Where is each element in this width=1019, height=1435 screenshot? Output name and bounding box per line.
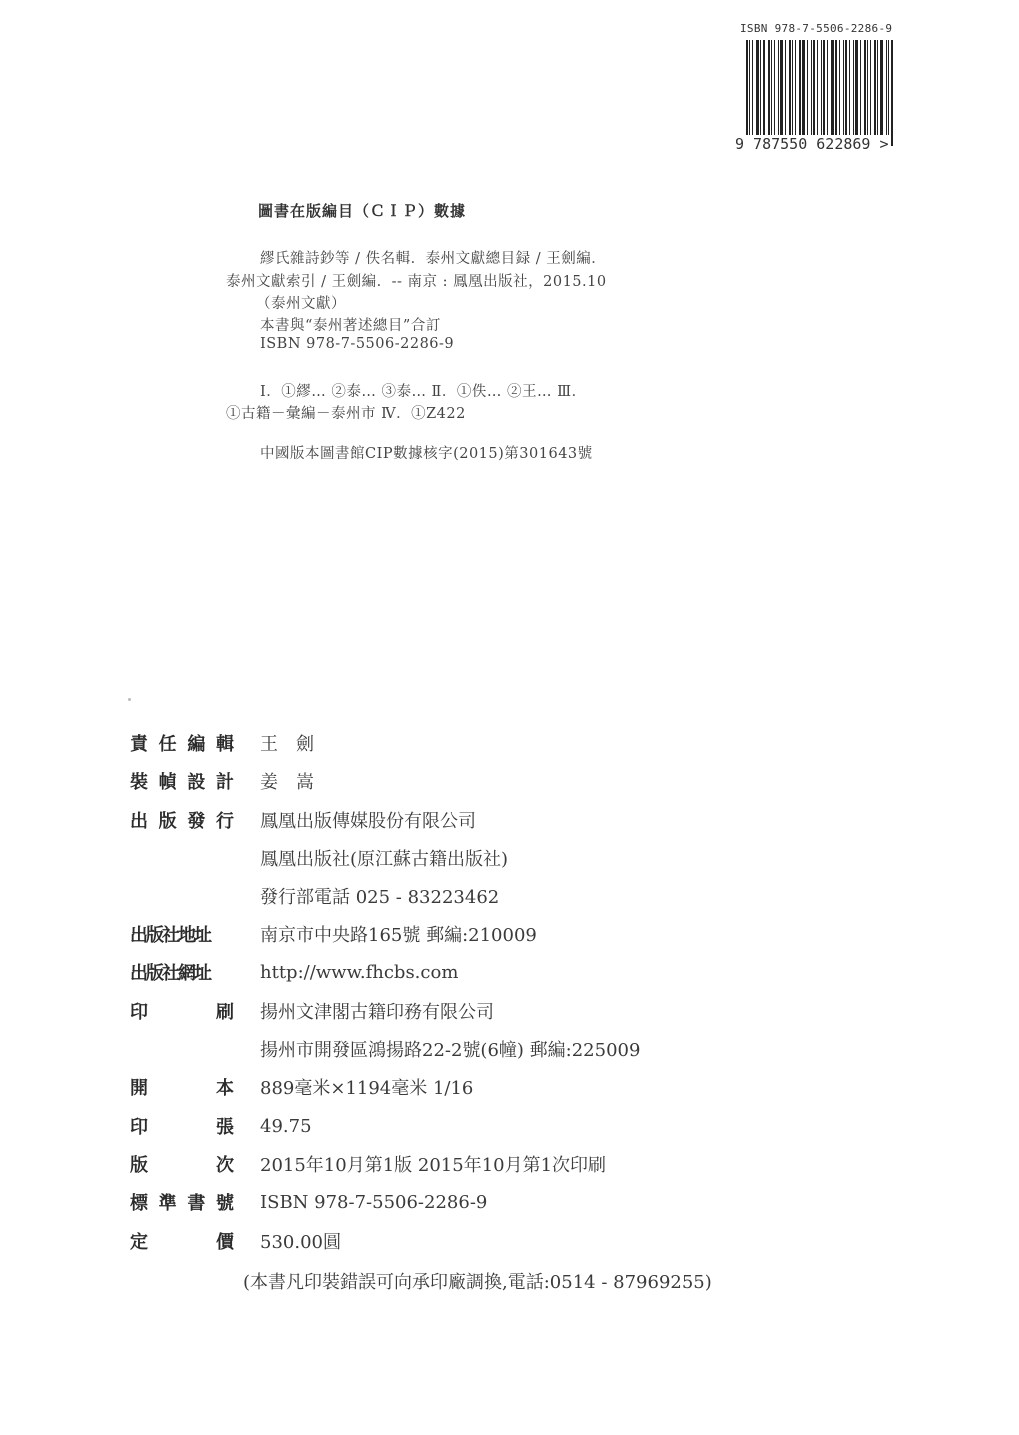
imprint-row: 責任編輯王 劍 <box>130 728 234 758</box>
imprint-label: 出版社地址 <box>130 921 234 947</box>
barcode-bar <box>827 40 828 138</box>
barcode-bar <box>792 40 793 138</box>
imprint-row: 發行部電話 025 - 83223462 <box>130 881 234 911</box>
barcode-bar <box>860 40 861 138</box>
imprint-row: 開本889毫米×1194毫米 1/16 <box>130 1072 234 1102</box>
imprint-row: 出版社地址南京市中央路165號 郵編:210009 <box>130 919 234 949</box>
imprint-label-char: 準 <box>159 1189 177 1215</box>
barcode-bar <box>807 40 808 138</box>
imprint-label-char: 輯 <box>216 730 234 756</box>
barcode-bar <box>813 40 815 138</box>
barcode-bar <box>855 40 858 138</box>
imprint-row: 印張49.75 <box>130 1111 234 1141</box>
imprint-label-char: 出 <box>130 807 148 833</box>
barcode-bar <box>839 40 840 138</box>
barcode-bar <box>886 40 887 138</box>
barcode-bar <box>843 40 844 138</box>
imprint-label: 出版社網址 <box>130 959 234 985</box>
imprint-label: 印張 <box>130 1113 234 1139</box>
barcode-bar <box>802 40 805 138</box>
isbn-barcode: ISBN 978-7-5506-2286-9 9 787550 622869 > <box>736 22 906 152</box>
imprint-label-char: 刷 <box>216 998 234 1024</box>
imprint-label-char: 發 <box>187 807 205 833</box>
barcode-bar <box>752 40 753 138</box>
imprint-row: 出版社網址http://www.fhcbs.com <box>130 957 234 987</box>
imprint-label-char: 號 <box>216 1189 234 1215</box>
imprint-label-char: 本 <box>216 1074 234 1100</box>
imprint-value: ISBN 978-7-5506-2286-9 <box>260 1192 487 1213</box>
imprint-label: 出版發行 <box>130 807 234 833</box>
imprint-label: 裝幀設計 <box>130 768 234 794</box>
imprint-label-char: 書 <box>187 1189 205 1215</box>
cip-line-5: ISBN 978-7-5506-2286-9 <box>260 336 454 352</box>
imprint-value: 鳳凰出版社(原江蘇古籍出版社) <box>260 845 508 871</box>
imprint-label-char: 幀 <box>159 768 177 794</box>
barcode-bar <box>849 40 850 138</box>
imprint-label: 責任編輯 <box>130 730 234 756</box>
barcode-bar <box>845 40 847 138</box>
barcode-isbn-label: ISBN 978-7-5506-2286-9 <box>740 22 892 35</box>
cip-title: 圖書在版編目（ＣＩＰ）數據 <box>258 200 466 221</box>
imprint-label-char: 計 <box>216 768 234 794</box>
imprint-label-char: 版 <box>159 807 177 833</box>
barcode-bar <box>756 40 759 138</box>
imprint-value: 889毫米×1194毫米 1/16 <box>260 1074 473 1100</box>
barcode-bar <box>760 40 761 138</box>
barcode-bar <box>749 40 750 146</box>
imprint-value: 姜 嵩 <box>260 768 314 794</box>
imprint-label-char: 張 <box>216 1113 234 1139</box>
imprint-label-char: 印 <box>130 998 148 1024</box>
barcode-bar <box>888 40 889 146</box>
imprint-value: 49.75 <box>260 1116 312 1137</box>
imprint-row: 鳳凰出版社(原江蘇古籍出版社) <box>130 843 234 873</box>
barcode-bar <box>795 40 796 138</box>
imprint-label: 開本 <box>130 1074 234 1100</box>
barcode-bar <box>785 40 786 138</box>
barcode-bar <box>774 40 775 138</box>
barcode-bar <box>823 40 825 138</box>
cip-line-3: （泰州文獻） <box>256 292 346 313</box>
imprint-value: 2015年10月第1版 2015年10月第1次印刷 <box>260 1151 606 1177</box>
barcode-bar <box>780 40 783 138</box>
barcode-bar <box>799 40 801 138</box>
imprint-row: 揚州市開發區鴻揚路22-2號(6幢) 郵編:225009 <box>130 1034 234 1064</box>
barcode-digits: 9 787550 622869 > <box>734 135 890 153</box>
barcode-bar <box>874 40 876 138</box>
imprint-value: 發行部電話 025 - 83223462 <box>260 883 499 909</box>
imprint-label-char: 價 <box>216 1228 234 1254</box>
barcode-bars <box>746 40 896 142</box>
imprint-row: 印刷揚州文津閣古籍印務有限公司 <box>130 996 234 1026</box>
imprint-row: 標準書號ISBN 978-7-5506-2286-9 <box>130 1187 234 1217</box>
barcode-bar <box>853 40 854 138</box>
imprint-label: 標準書號 <box>130 1189 234 1215</box>
barcode-digits-text: 9 787550 622869 > <box>734 135 890 153</box>
barcode-bar <box>880 40 883 138</box>
imprint-label-char: 責 <box>130 730 148 756</box>
cip-number: 中國版本圖書館CIP數據核字(2015)第301643號 <box>260 442 593 463</box>
cip-classification-2: ①古籍－彙編－泰州市 Ⅳ．①Z422 <box>226 402 466 423</box>
imprint-label-char: 印 <box>130 1113 148 1139</box>
imprint-label: 印刷 <box>130 998 234 1024</box>
imprint-label-char: 設 <box>187 768 205 794</box>
barcode-bar <box>821 40 822 146</box>
barcode-bar <box>778 40 779 138</box>
barcode-bar <box>763 40 765 138</box>
imprint-row: 裝幀設計姜 嵩 <box>130 766 234 796</box>
imprint-label-char: 行 <box>216 807 234 833</box>
imprint-label-char: 編 <box>187 730 205 756</box>
imprint-row: 出版發行鳳凰出版傳媒股份有限公司 <box>130 805 234 835</box>
scan-speck <box>128 698 131 701</box>
barcode-bar <box>817 40 818 146</box>
imprint-value: 鳳凰出版傳媒股份有限公司 <box>260 807 476 833</box>
barcode-bar <box>891 40 893 146</box>
imprint-value: 王 劍 <box>260 730 314 756</box>
barcode-bar <box>867 40 868 138</box>
imprint-value: 揚州市開發區鴻揚路22-2號(6幢) 郵編:225009 <box>260 1036 640 1062</box>
imprint-label-char: 任 <box>159 730 177 756</box>
imprint-label-char: 開 <box>130 1074 148 1100</box>
cip-line-1: 繆氏雜詩鈔等 / 佚名輯．泰州文獻總目録 / 王劍編． <box>260 247 606 268</box>
imprint-value: 530.00圓 <box>260 1228 341 1254</box>
imprint-label-char: 出版社網址 <box>130 959 210 985</box>
imprint-label-char: 定 <box>130 1228 148 1254</box>
imprint-label-char: 版 <box>130 1151 148 1177</box>
cip-line-4: 本書與“泰州著述總目”合訂 <box>260 314 441 335</box>
imprint-label: 版次 <box>130 1151 234 1177</box>
barcode-bar <box>864 40 866 138</box>
imprint-label: 定價 <box>130 1228 234 1254</box>
barcode-bar <box>811 40 812 138</box>
barcode-bar <box>835 40 837 138</box>
imprint-label-char: 裝 <box>130 768 148 794</box>
imprint-label-char: 次 <box>216 1151 234 1177</box>
cip-line-2: 泰州文獻索引 / 王劍編．-- 南京 : 鳳凰出版社，2015.10 <box>226 270 607 291</box>
barcode-bar <box>831 40 834 138</box>
imprint-label-char: 出版社地址 <box>130 921 210 947</box>
cip-classification-1: Ⅰ．①繆… ②泰… ③泰… Ⅱ．①佚… ②王… Ⅲ． <box>260 380 587 401</box>
imprint-value: 揚州文津閣古籍印務有限公司 <box>260 998 494 1024</box>
imprint-value: 南京市中央路165號 郵編:210009 <box>260 921 537 947</box>
barcode-bar <box>771 40 772 138</box>
misprint-notice: (本書凡印裝錯誤可向承印廠調換,電話:0514 - 87969255) <box>243 1268 712 1294</box>
imprint-row: 定價530.00圓 <box>130 1226 234 1256</box>
barcode-bar <box>877 40 878 138</box>
imprint-row: 版次2015年10月第1版 2015年10月第1次印刷 <box>130 1149 234 1179</box>
barcode-bar <box>789 40 791 138</box>
barcode-bar <box>746 40 748 146</box>
barcode-bar <box>870 40 871 138</box>
imprint-value: http://www.fhcbs.com <box>260 962 458 983</box>
barcode-bar <box>768 40 770 138</box>
imprint-label-char: 標 <box>130 1189 148 1215</box>
